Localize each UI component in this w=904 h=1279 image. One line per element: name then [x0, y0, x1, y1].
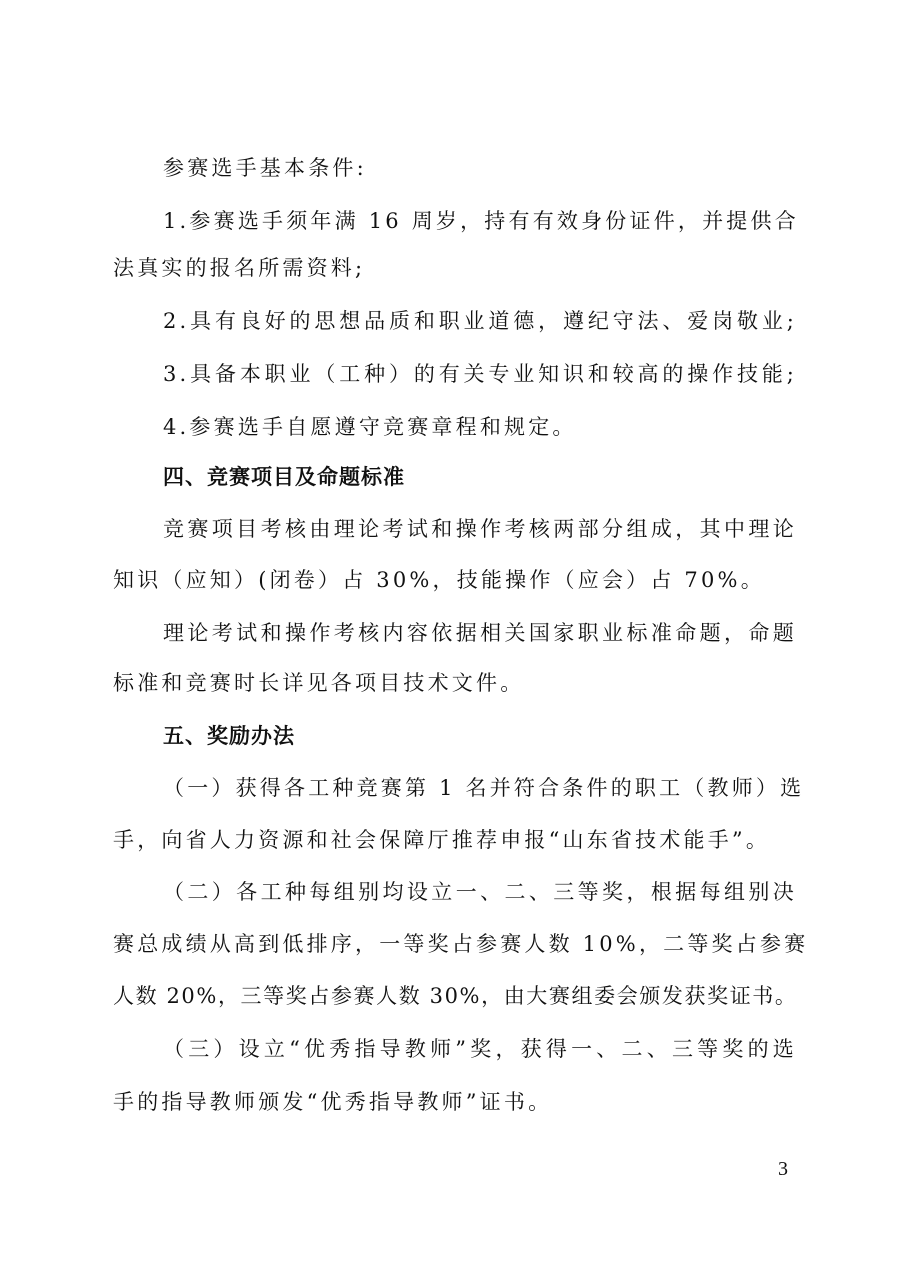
section-4-para-2-line-1: 理论考试和操作考核内容依据相关国家职业标准命题，命题 [163, 619, 797, 647]
section-5-para-2-line-3: 人数 20%，三等奖占参赛人数 30%，由大赛组委会颁发获奖证书。 [113, 982, 797, 1010]
section-5-para-1-line-1: （一）获得各工种竞赛第 1 名并符合条件的职工（教师）选 [163, 774, 797, 802]
condition-1-line-1: 1.参赛选手须年满 16 周岁，持有有效身份证件，并提供合 [163, 207, 797, 235]
page-number: 3 [778, 1158, 788, 1181]
section-5-para-2-line-2: 赛总成绩从高到低排序，一等奖占参赛人数 10%，二等奖占参赛 [113, 930, 797, 958]
section-5-para-3-line-1: （三）设立“优秀指导教师”奖，获得一、二、三等奖的选 [163, 1035, 797, 1063]
section-5-heading: 五、奖励办法 [163, 722, 797, 750]
intro-label: 参赛选手基本条件: [163, 154, 797, 182]
section-4-para-1-line-1: 竞赛项目考核由理论考试和操作考核两部分组成，其中理论 [163, 515, 797, 543]
condition-1-line-2: 法真实的报名所需资料; [113, 254, 797, 282]
section-4-para-2-line-2: 标准和竞赛时长详见各项目技术文件。 [113, 669, 797, 697]
section-5-para-1-line-2: 手，向省人力资源和社会保障厅推荐申报“山东省技术能手”。 [113, 826, 797, 854]
section-4-heading: 四、竞赛项目及命题标准 [163, 463, 797, 491]
condition-3: 3.具备本职业（工种）的有关专业知识和较高的操作技能; [163, 360, 797, 388]
condition-2: 2.具有良好的思想品质和职业道德，遵纪守法、爱岗敬业; [163, 307, 797, 335]
document-page: 参赛选手基本条件: 1.参赛选手须年满 16 周岁，持有有效身份证件，并提供合 … [0, 0, 904, 1279]
section-5-para-2-line-1: （二）各工种每组别均设立一、二、三等奖，根据每组别决 [163, 878, 797, 906]
condition-4: 4.参赛选手自愿遵守竞赛章程和规定。 [163, 413, 797, 441]
section-5-para-3-line-2: 手的指导教师颁发“优秀指导教师”证书。 [113, 1088, 797, 1116]
section-4-para-1-line-2: 知识（应知）(闭卷）占 30%，技能操作（应会）占 70%。 [113, 566, 797, 594]
